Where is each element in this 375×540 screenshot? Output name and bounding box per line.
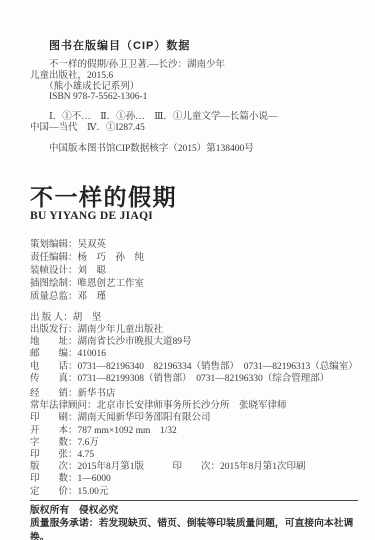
copyright-page: 图书在版编目（CIP）数据 不一样的假期/孙卫卫著.—长沙：湖南少年儿童出版社，… (0, 0, 375, 540)
cip-line: 中国—当代 Ⅳ．①I287.45 (30, 123, 363, 134)
copyright-notice: 版权所有 侵权必究 (30, 504, 363, 518)
publisher-line: 邮 编：410016 (30, 348, 363, 360)
distribution-line: 版 次：2015年8月第1版 印 次：2015年8月第1次印刷 (30, 461, 363, 473)
distribution-line: 开 本：787 mm×1092 mm 1/32 (30, 425, 363, 437)
cip-line: ISBN 978-7-5562-1306-1 (30, 92, 363, 103)
cip-line: （熊小雄成长记系列） (30, 82, 363, 93)
cip-line: 儿童出版社，2015.6 (30, 71, 363, 82)
title-block: 不一样的假期 BU YIYANG DE JIAQI (30, 185, 363, 223)
footer-block: 版权所有 侵权必究 质量服务承诺：若发现缺页、错页、倒装等印装质量问题，可直接向… (30, 504, 363, 540)
credits-block: 策划编辑：吴双英责任编辑：杨 巧 孙 纯装帧设计：刘 聪插图绘制：唯恩创艺工作室… (30, 239, 363, 304)
credit-line: 策划编辑：吴双英 (30, 239, 363, 252)
publisher-line: 出 版 人：胡 坚 (30, 312, 363, 324)
publisher-block: 出 版 人：胡 坚出版发行：湖南少年儿童出版社地 址：湖南省长沙市晚报大道89号… (30, 312, 363, 385)
distribution-line: 印 刷：湖南天闻新华印务邵阳有限公司 (30, 412, 363, 424)
cip-line: 不一样的假期/孙卫卫著.—长沙：湖南少年 (30, 60, 363, 71)
publisher-line: 传 真：0731—82199308（销售部） 0731—82196330（综合管… (30, 373, 363, 385)
cip-heading: 图书在版编目（CIP）数据 (49, 40, 363, 53)
cip-registration-number: 中国版本图书馆CIP数据核字（2015）第138400号 (30, 144, 363, 155)
credit-line: 责任编辑：杨 巧 孙 纯 (30, 252, 363, 265)
distribution-block: 经 销：新华书店常年法律顾问：北京市长安律师事务所长沙分所 张晓军律师印 刷：湖… (30, 388, 363, 498)
distribution-line: 字 数：7.6万 (30, 437, 363, 449)
cip-classification: Ⅰ．①不… Ⅱ．①孙… Ⅲ．①儿童文学—长篇小说—中国—当代 Ⅳ．①I287.4… (30, 112, 363, 134)
credit-line: 质量总监：邓 瑾 (30, 291, 363, 304)
book-title: 不一样的假期 (30, 185, 363, 210)
cip-block: 图书在版编目（CIP）数据 不一样的假期/孙卫卫著.—长沙：湖南少年儿童出版社，… (30, 40, 363, 155)
cip-line: Ⅰ．①不… Ⅱ．①孙… Ⅲ．①儿童文学—长篇小说— (30, 112, 363, 123)
credit-line: 装帧设计：刘 聪 (30, 265, 363, 278)
book-title-pinyin: BU YIYANG DE JIAQI (30, 210, 363, 223)
credit-line: 插图绘制：唯恩创艺工作室 (30, 278, 363, 291)
distribution-line: 印 张：4.75 (30, 449, 363, 461)
distribution-line: 定 价：15.00元 (30, 486, 363, 498)
distribution-line: 经 销：新华书店 (30, 388, 363, 400)
cip-description: 不一样的假期/孙卫卫著.—长沙：湖南少年儿童出版社，2015.6 （熊小雄成长记… (30, 60, 363, 103)
quality-promise: 质量服务承诺：若发现缺页、错页、倒装等印装质量问题，可直接向本社调换。 (30, 517, 363, 540)
publisher-line: 出版发行：湖南少年儿童出版社 (30, 324, 363, 336)
publisher-line: 电 话：0731—82196340 82196334（销售部） 0731—821… (30, 361, 363, 373)
distribution-line: 印 数：1—6000 (30, 473, 363, 485)
distribution-line: 常年法律顾问：北京市长安律师事务所长沙分所 张晓军律师 (30, 400, 363, 412)
publisher-line: 地 址：湖南省长沙市晚报大道89号 (30, 336, 363, 348)
footer-divider (30, 500, 358, 501)
